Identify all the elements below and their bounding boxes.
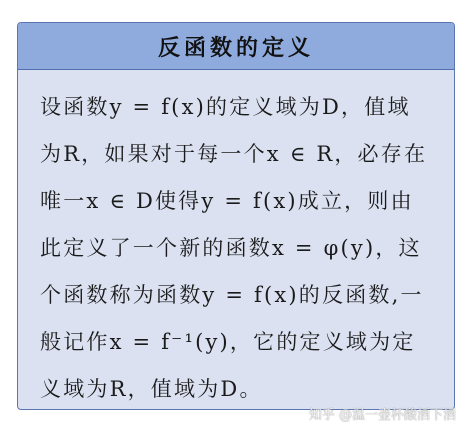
- card-title: 反函数的定义: [158, 31, 314, 62]
- definition-line-3: 唯一x ∈ D使得y = f(x)成立，则由: [40, 178, 436, 225]
- card-body: 设函数y = f(x)的定义域为D，值域 为R，如果对于每一个x ∈ R，必存在…: [18, 70, 454, 410]
- definition-line-1: 设函数y = f(x)的定义域为D，值域: [40, 84, 436, 131]
- definition-line-6: 般记作x = f⁻¹(y)，它的定义域为定: [40, 319, 436, 366]
- definition-line-2: 为R，如果对于每一个x ∈ R，必存在: [40, 131, 436, 178]
- watermark: 知乎 @温一壶杯酸酒下酒: [309, 404, 456, 423]
- definition-line-5: 个函数称为函数y = f(x)的反函数,一: [40, 272, 436, 319]
- definition-line-4: 此定义了一个新的函数x = φ(y)，这: [40, 225, 436, 272]
- definition-card: 反函数的定义 设函数y = f(x)的定义域为D，值域 为R，如果对于每一个x …: [17, 22, 455, 410]
- card-header: 反函数的定义: [18, 23, 454, 70]
